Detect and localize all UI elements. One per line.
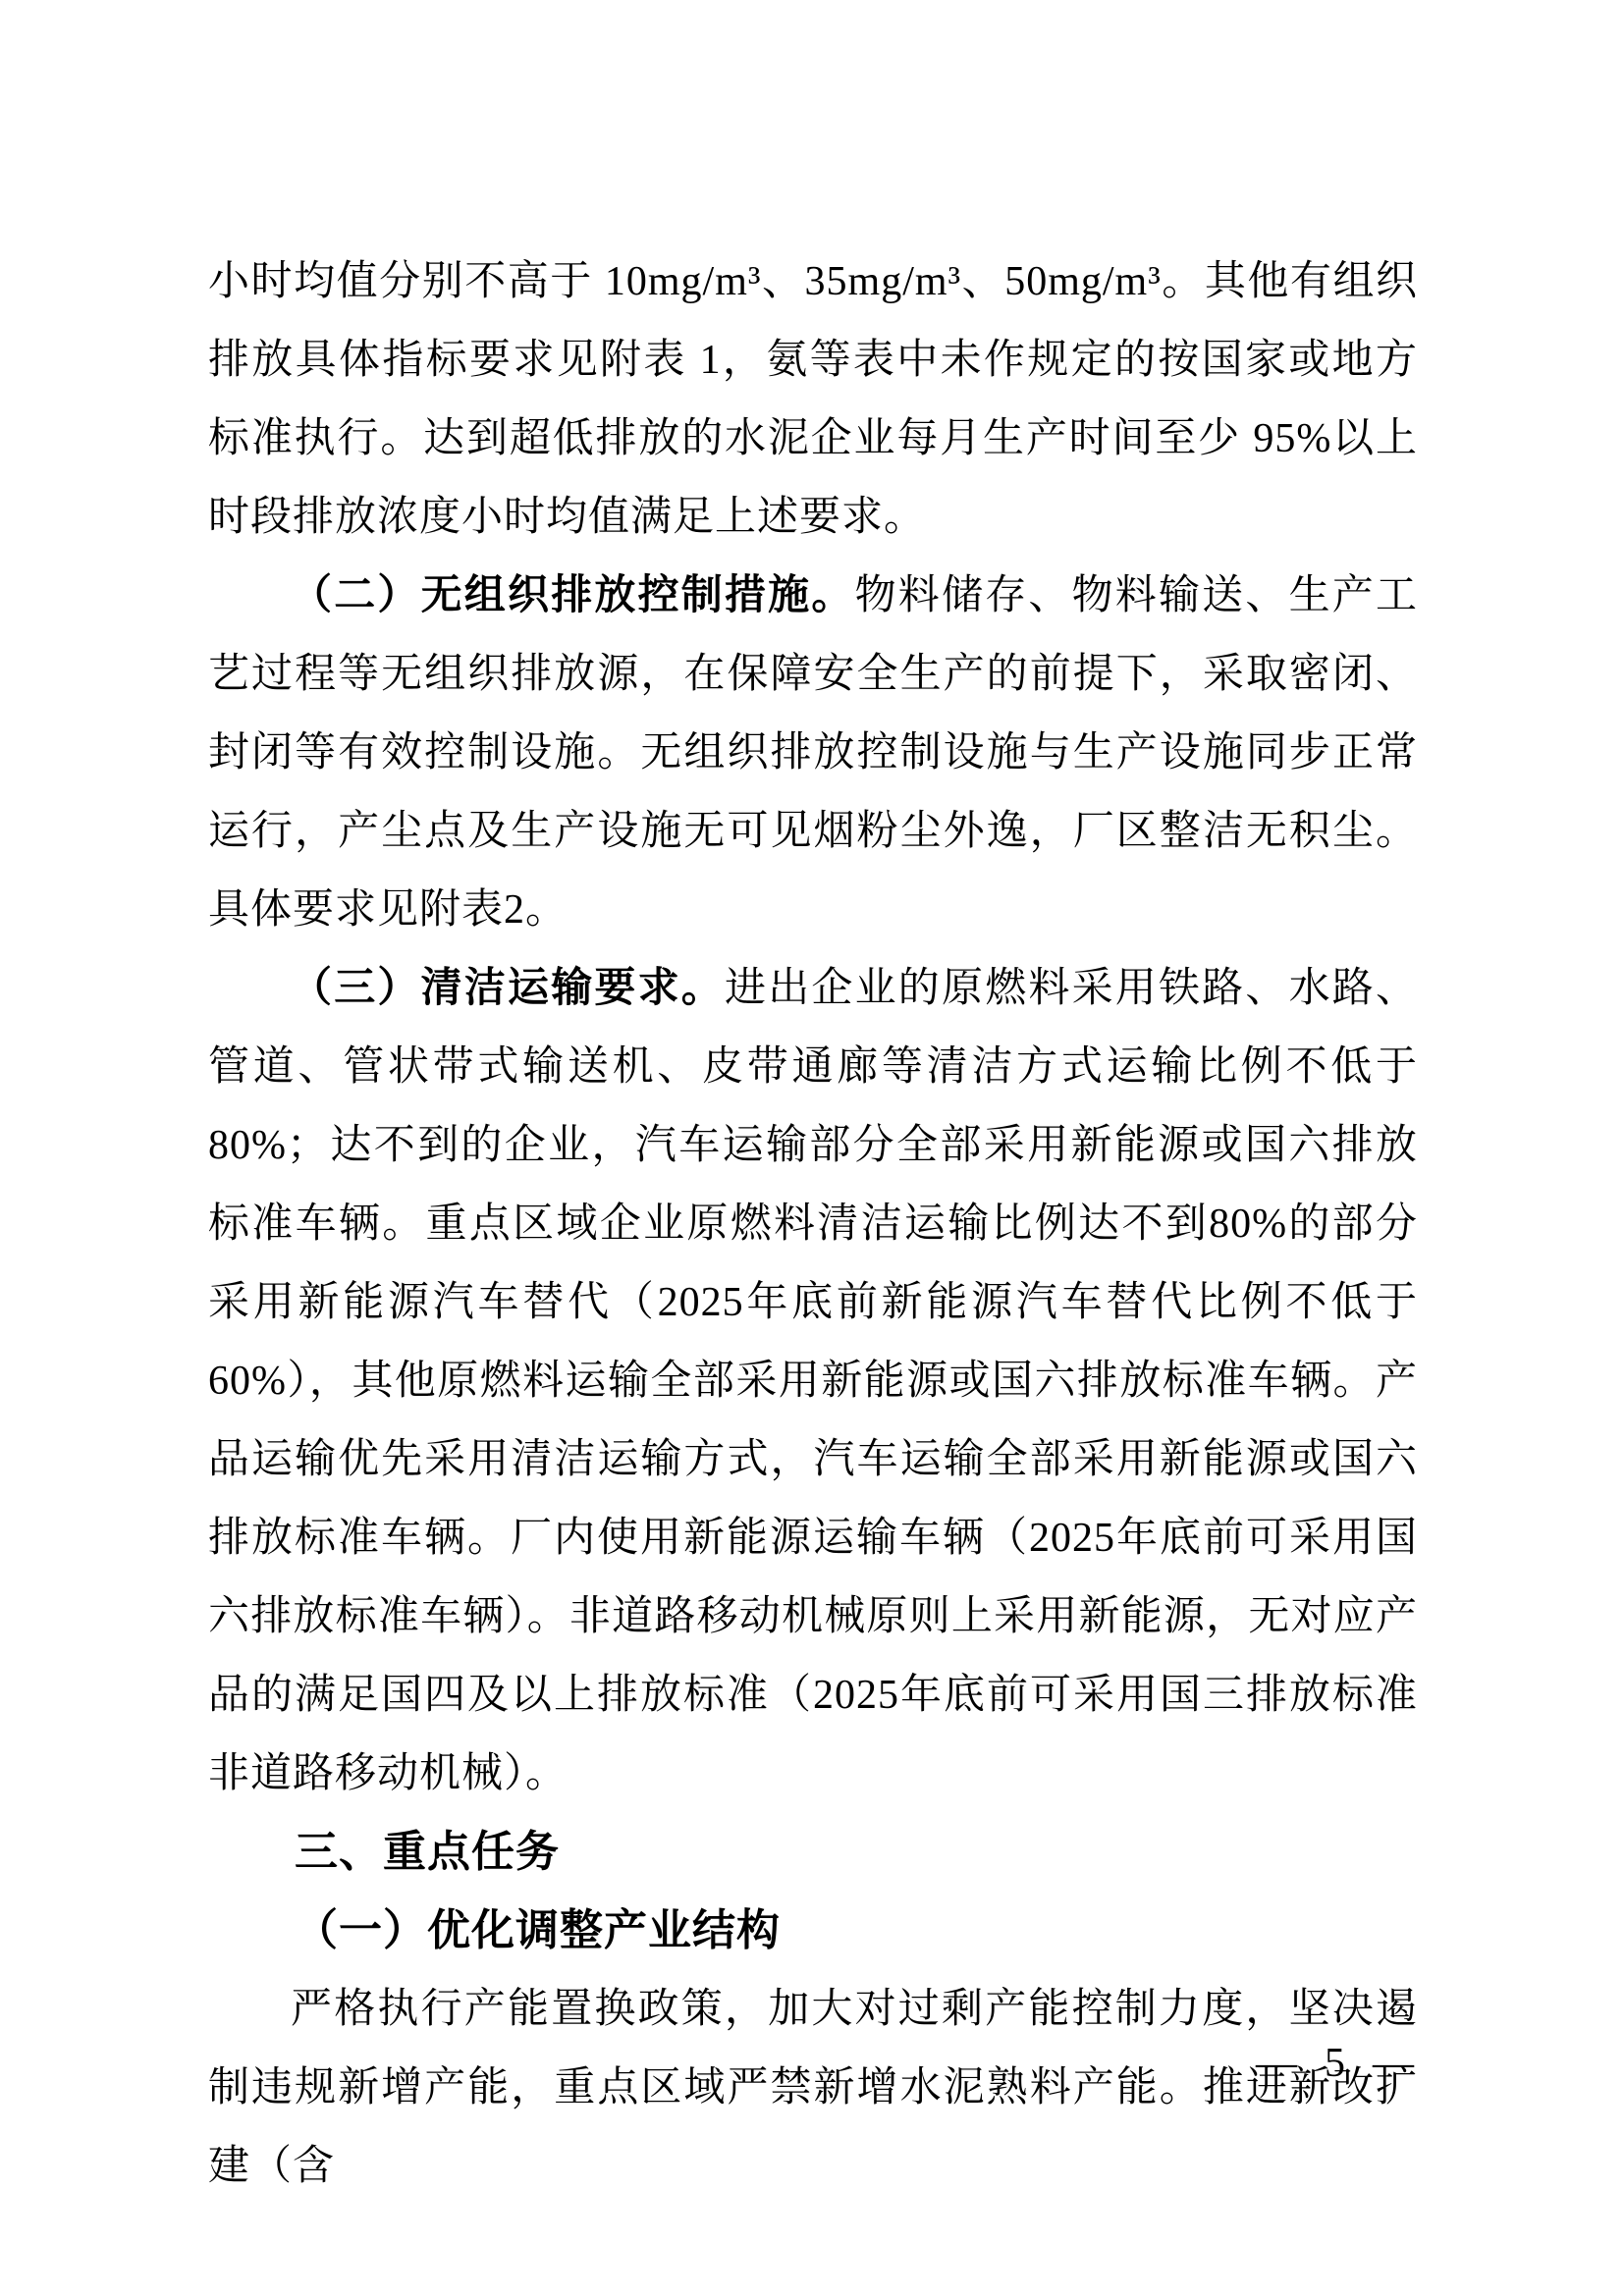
paragraph-clean-transport-text: 进出企业的原燃料采用铁路、水路、管道、管状带式输送机、皮带通廊等清洁方式运输比例… <box>208 966 1418 1796</box>
footer-dash-right: — <box>1373 2034 1414 2093</box>
page-footer: — 5 — <box>1256 2034 1414 2093</box>
paragraph-emission-limits-text: 小时均值分别不高于 10mg/m³、35mg/m³、50mg/m³。其他有组织排… <box>208 259 1418 540</box>
paragraph-fugitive-control-lead: （二）无组织排放控制措施。 <box>291 573 855 618</box>
paragraph-fugitive-control: （二）无组织排放控制措施。物料储存、物料输送、生产工艺过程等无组织排放源，在保障… <box>208 557 1418 949</box>
heading-optimize-industry-structure: （一）优化调整产业结构 <box>208 1892 1418 1970</box>
paragraph-capacity-control: 严格执行产能置换政策，加大对过剩产能控制力度，坚决遏制违规新增产能，重点区域严禁… <box>208 1970 1418 2206</box>
page-number: 5 <box>1325 2034 1345 2093</box>
heading-key-tasks: 三、重点任务 <box>208 1813 1418 1892</box>
footer-dash-left: — <box>1256 2034 1297 2093</box>
paragraph-clean-transport: （三）清洁运输要求。进出企业的原燃料采用铁路、水路、管道、管状带式输送机、皮带通… <box>208 949 1418 1813</box>
paragraph-emission-limits: 小时均值分别不高于 10mg/m³、35mg/m³、50mg/m³。其他有组织排… <box>208 242 1418 557</box>
document-page: 小时均值分别不高于 10mg/m³、35mg/m³、50mg/m³。其他有组织排… <box>0 0 1624 2296</box>
document-body: 小时均值分别不高于 10mg/m³、35mg/m³、50mg/m³。其他有组织排… <box>208 242 1418 2206</box>
paragraph-clean-transport-lead: （三）清洁运输要求。 <box>291 966 725 1011</box>
paragraph-fugitive-control-text: 物料储存、物料输送、生产工艺过程等无组织排放源，在保障安全生产的前提下，采取密闭… <box>208 573 1418 933</box>
paragraph-capacity-control-text: 严格执行产能置换政策，加大对过剩产能控制力度，坚决遏制违规新增产能，重点区域严禁… <box>208 1987 1418 2189</box>
